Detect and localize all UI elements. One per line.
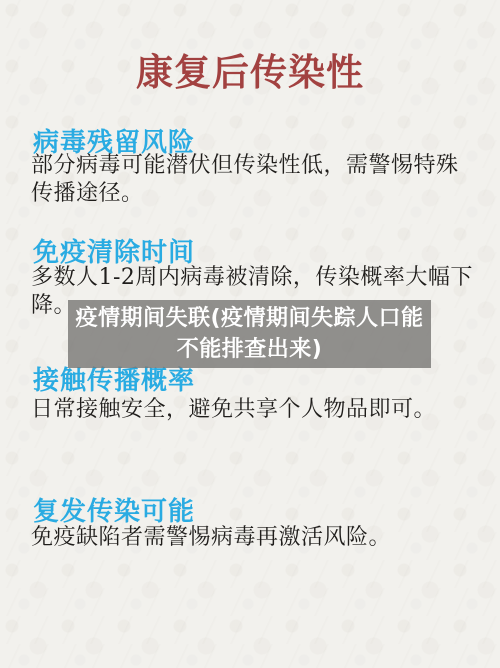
watermark-overlay-text: 疫情期间失联(疫情期间失踪人口能 不能排查出来): [75, 303, 423, 365]
infographic-poster: 康复后传染性 病毒残留风险 部分病毒可能潜伏但传染性低，需警惕特殊 传播途径。 …: [0, 0, 500, 668]
page-title: 康复后传染性: [0, 50, 500, 95]
section-heading: 复发传染可能: [33, 497, 195, 527]
watermark-overlay-box: 疫情期间失联(疫情期间失踪人口能 不能排查出来): [68, 300, 431, 368]
section-body: 部分病毒可能潜伏但传染性低，需警惕特殊 传播途径。: [31, 152, 486, 208]
section-heading: 接触传播概率: [33, 366, 195, 396]
section-body: 日常接触安全，避免共享个人物品即可。: [31, 396, 486, 424]
section-body: 免疫缺陷者需警惕病毒再激活风险。: [31, 524, 486, 552]
